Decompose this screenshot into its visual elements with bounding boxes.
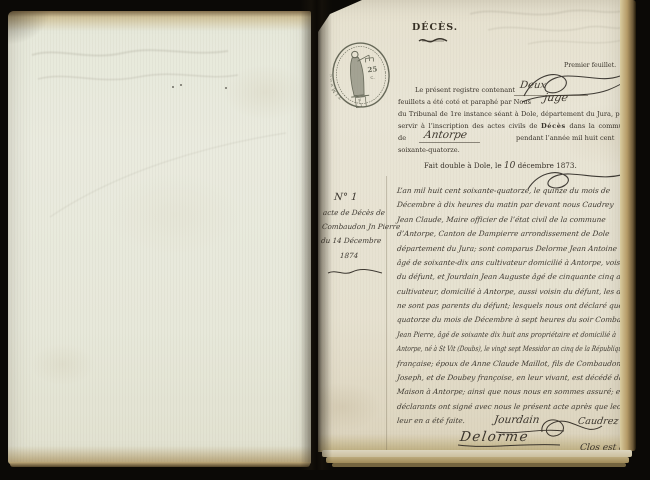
left-page [8, 11, 311, 464]
stamp-frame-bottom: 1 [359, 103, 363, 109]
act-line: Décembre à dix heures du matin par devan… [396, 198, 622, 212]
right-page: DÉCÈS. 25 c. F 1 TIMBRE Premier feuillet… [318, 0, 622, 452]
act-line: d’Antorpe, Canton de Dampierre arrondiss… [396, 227, 622, 241]
dust-speck [172, 86, 174, 88]
intro-line-4c: dans la commune [569, 122, 622, 130]
signature-jourdain: Jourdain [493, 414, 540, 426]
page-edge-bottom-left [10, 462, 310, 467]
delorme-swash [458, 442, 562, 449]
timbre-stamp: 25 c. F 1 TIMBRE [327, 37, 396, 113]
act-line: L’an mil huit cent soixante-quatorze, le… [396, 184, 622, 198]
handwritten-day: 10 [504, 161, 515, 171]
deces-bold-word: Décès [541, 122, 566, 130]
act-line: française; époux de Anne Claude Maillot,… [396, 357, 622, 371]
act-line: Jean Pierre, âgé de soixante dix huit an… [396, 328, 605, 342]
intro-line-6: soixante-quatorze. [398, 146, 460, 154]
title-ornament [418, 37, 448, 45]
act-line: Antorpe, né à St Vit (Doubs), le vingt s… [396, 342, 586, 356]
death-act-body: L’an mil huit cent soixante-quatorze, le… [397, 184, 622, 428]
margin-note-line: Combaudon Jn Pierre [321, 220, 394, 234]
dust-speck [180, 84, 182, 86]
act-line: déclarants ont signé avec nous le présen… [396, 400, 622, 414]
act-line: département du Jura; sont comparus Delor… [396, 242, 622, 256]
stamp-value: 25 [367, 64, 378, 74]
act-line: âgé de soixante-dix ans cultivateur domi… [396, 256, 622, 270]
page-title: DÉCÈS. [412, 22, 458, 33]
stamp-unit: c. [370, 75, 375, 81]
margin-note-line: acte de Décès de [322, 206, 395, 220]
margin-flourish [326, 268, 384, 277]
act-line: cultivateur, domicilié à Antorpe, aussi … [396, 285, 622, 299]
stacked-page-edge [332, 463, 626, 467]
margin-note-line: N° 1 [323, 190, 396, 206]
intro-line-5a: de [398, 134, 406, 142]
fait-printed-a: Fait double à Dole, le [424, 161, 502, 170]
intro-line-5b: pendant l’année mil huit cent [516, 134, 614, 142]
stacked-page-edge [322, 450, 632, 457]
page-edge-right [620, 0, 636, 451]
handwritten-juge: juge [543, 91, 569, 104]
act-line: du défunt, et Jourdain Jean Auguste âgé … [396, 270, 622, 284]
handwritten-commune: Antorpe [419, 129, 482, 143]
signature-caudrez: Caudrez [577, 416, 619, 427]
act-line: ne sont pas parents du défunt; lesquels … [396, 299, 622, 313]
book-gutter-shadow [300, 0, 332, 470]
intro-line-3: du Tribunal de 1re instance séant à Dole… [398, 110, 622, 118]
dust-speck [225, 87, 227, 89]
act-line: Joseph, et de Doubey françoise, en leur … [396, 371, 622, 385]
intro-line-2: feuillets a été coté et paraphé par Nous [398, 98, 531, 106]
act-line: Maison à Antorpe; ainsi que nous nous en… [396, 385, 622, 399]
stamp-figure-body [349, 57, 366, 96]
ink-bleedthrough-marks [28, 41, 248, 101]
scanned-register-photo: DÉCÈS. 25 c. F 1 TIMBRE Premier feuillet… [0, 0, 650, 480]
scratch-mark [48, 131, 288, 221]
act-line: quatorze du mois de Décembre à sept heur… [396, 313, 622, 327]
handwritten-feuillet-count: Deux [519, 80, 547, 91]
intro-line-1: Le présent registre contenant [415, 86, 515, 94]
act-line: Jean Claude, Maire officier de l’état ci… [396, 213, 622, 227]
ink-bleedthrough-marks [468, 4, 622, 48]
